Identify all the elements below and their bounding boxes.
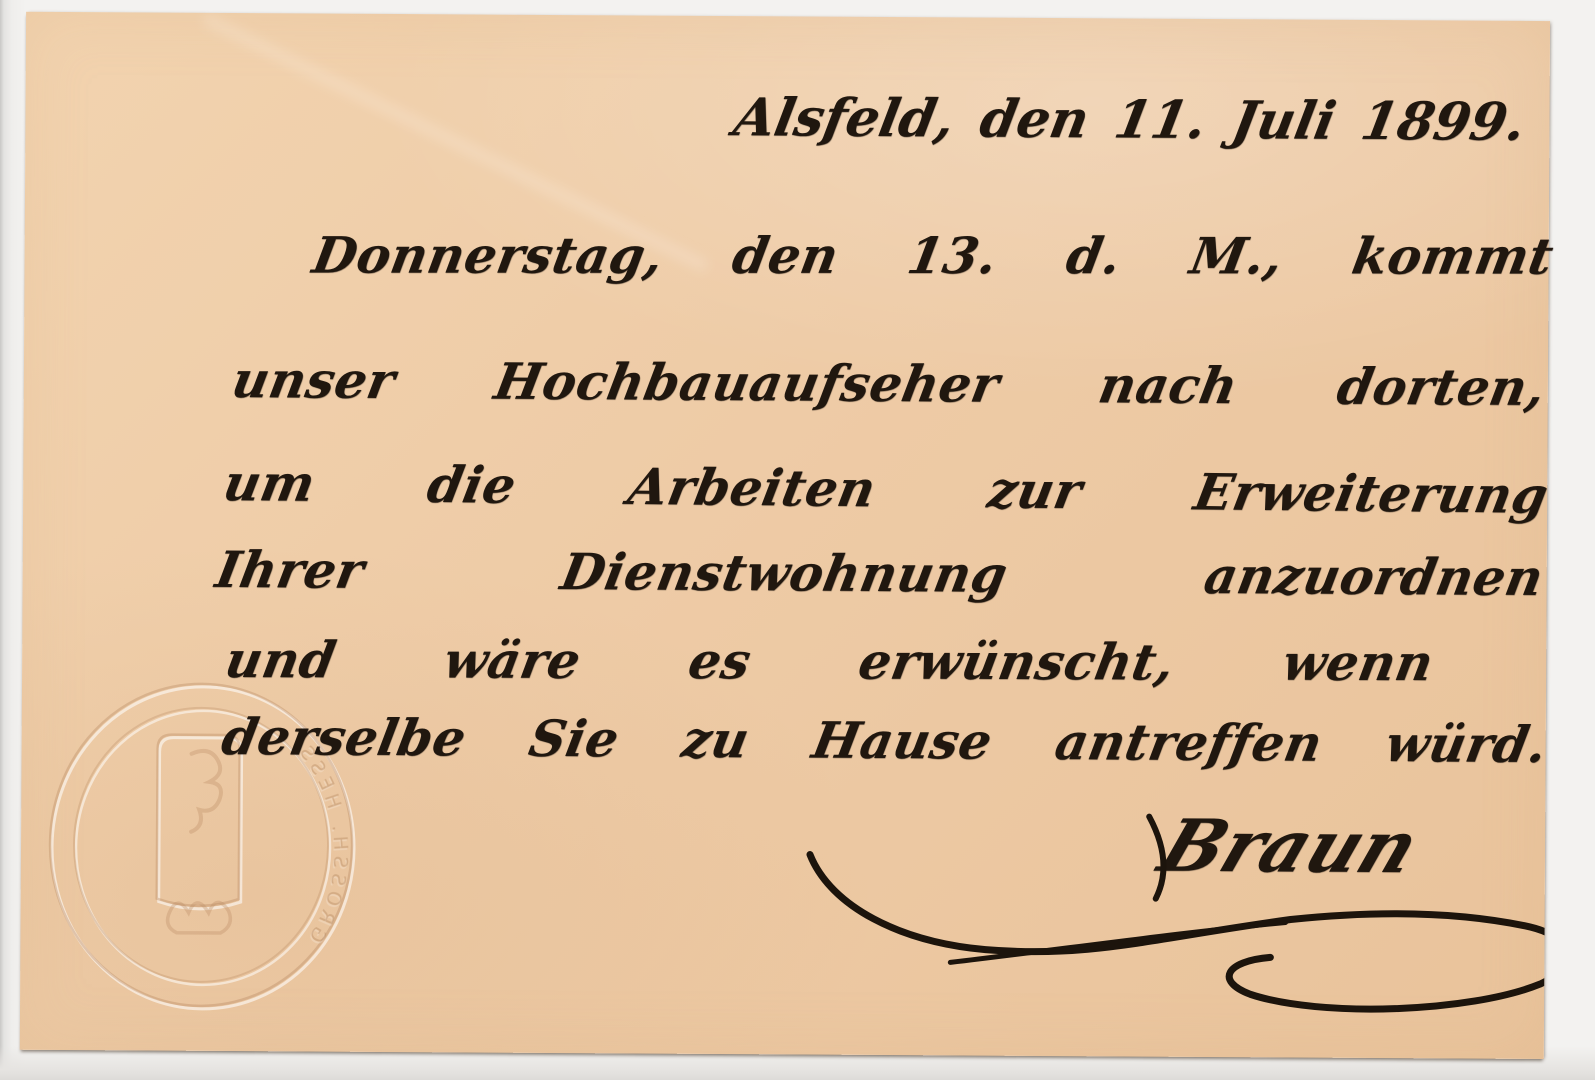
body-line: und wäre es erwünscht, wenn (221, 631, 1438, 692)
scanned-postcard-image: GROSSH. HESS. Alsfeld, den 11. Juli 1899… (0, 0, 1595, 1080)
body-line: um die Arbeiten zur Erweiterung (219, 454, 1553, 524)
body-line: Donnerstag, den 13. d. M., kommt (308, 227, 1557, 286)
signature: Braun (1149, 805, 1430, 889)
postcard: GROSSH. HESS. Alsfeld, den 11. Juli 1899… (20, 12, 1550, 1059)
body-line: derselbe Sie zu Hause antreffen würd. (218, 708, 1552, 774)
body-line: unser Hochbauaufseher nach dorten, (228, 351, 1550, 416)
body-line: Ihrer Dienstwohnung anzuordnen (212, 541, 1548, 607)
dateline: Alsfeld, den 11. Juli 1899. (729, 88, 1530, 153)
